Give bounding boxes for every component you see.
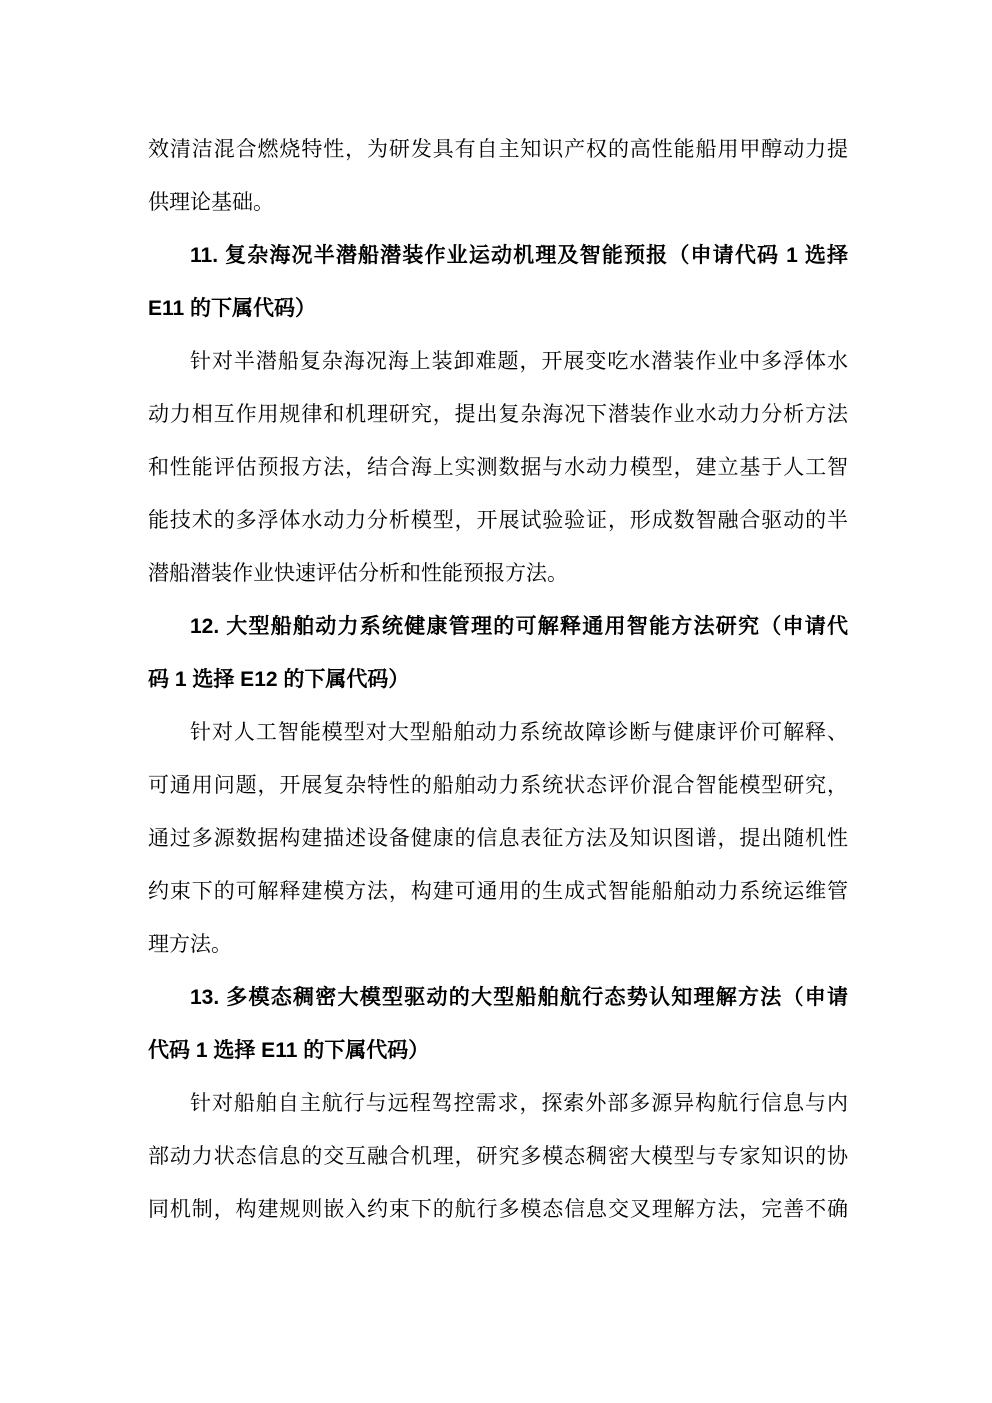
paragraph-topic-11: 针对半潜船复杂海况海上装卸难题，开展变吃水潜装作业中多浮体水动力相互作用规律和机… (148, 335, 848, 600)
body-text-line: 能技术的多浮体水动力分析模型，开展试验验证，形成数智融合驱动的半 (148, 494, 848, 547)
body-text-line: 可通用问题，开展复杂特性的船舶动力系统状态评价混合智能模型研究， (148, 759, 848, 812)
heading-topic-11: 11. 复杂海况半潜船潜装作业运动机理及智能预报（申请代码 1 选择E11 的下… (148, 229, 848, 335)
heading-line: 13. 多模态稠密大模型驱动的大型船舶航行态势认知理解方法（申请 (148, 971, 848, 1024)
body-text-line: 动力相互作用规律和机理研究，提出复杂海况下潜装作业水动力分析方法 (148, 388, 848, 441)
body-text-line: 供理论基础。 (148, 176, 848, 229)
body-text-line: 潜船潜装作业快速评估分析和性能预报方法。 (148, 547, 848, 600)
heading-line: E11 的下属代码） (148, 282, 848, 335)
body-text-line: 部动力状态信息的交互融合机理，研究多模态稠密大模型与专家知识的协 (148, 1130, 848, 1183)
body-text-line: 针对半潜船复杂海况海上装卸难题，开展变吃水潜装作业中多浮体水 (148, 335, 848, 388)
heading-line: 12. 大型船舶动力系统健康管理的可解释通用智能方法研究（申请代 (148, 600, 848, 653)
body-text-line: 针对船舶自主航行与远程驾控需求，探索外部多源异构航行信息与内 (148, 1077, 848, 1130)
heading-line: 代码 1 选择 E11 的下属代码） (148, 1024, 848, 1077)
body-text-line: 同机制，构建规则嵌入约束下的航行多模态信息交叉理解方法，完善不确 (148, 1183, 848, 1236)
paragraph-topic-12: 针对人工智能模型对大型船舶动力系统故障诊断与健康评价可解释、可通用问题，开展复杂… (148, 706, 848, 971)
heading-topic-13: 13. 多模态稠密大模型驱动的大型船舶航行态势认知理解方法（申请代码 1 选择 … (148, 971, 848, 1077)
body-text-line: 约束下的可解释建模方法，构建可通用的生成式智能船舶动力系统运维管 (148, 865, 848, 918)
heading-line: 11. 复杂海况半潜船潜装作业运动机理及智能预报（申请代码 1 选择 (148, 229, 848, 282)
paragraph-continuation-methanol-power: 效清洁混合燃烧特性，为研发具有自主知识产权的高性能船用甲醇动力提供理论基础。 (148, 123, 848, 229)
document-text-area: 效清洁混合燃烧特性，为研发具有自主知识产权的高性能船用甲醇动力提供理论基础。11… (148, 123, 848, 1236)
body-text-line: 效清洁混合燃烧特性，为研发具有自主知识产权的高性能船用甲醇动力提 (148, 123, 848, 176)
body-text-line: 针对人工智能模型对大型船舶动力系统故障诊断与健康评价可解释、 (148, 706, 848, 759)
heading-line: 码 1 选择 E12 的下属代码） (148, 653, 848, 706)
body-text-line: 和性能评估预报方法，结合海上实测数据与水动力模型，建立基于人工智 (148, 441, 848, 494)
body-text-line: 理方法。 (148, 918, 848, 971)
document-page: 效清洁混合燃烧特性，为研发具有自主知识产权的高性能船用甲醇动力提供理论基础。11… (0, 0, 992, 1403)
body-text-line: 通过多源数据构建描述设备健康的信息表征方法及知识图谱，提出随机性 (148, 812, 848, 865)
heading-topic-12: 12. 大型船舶动力系统健康管理的可解释通用智能方法研究（申请代码 1 选择 E… (148, 600, 848, 706)
paragraph-topic-13: 针对船舶自主航行与远程驾控需求，探索外部多源异构航行信息与内部动力状态信息的交互… (148, 1077, 848, 1236)
